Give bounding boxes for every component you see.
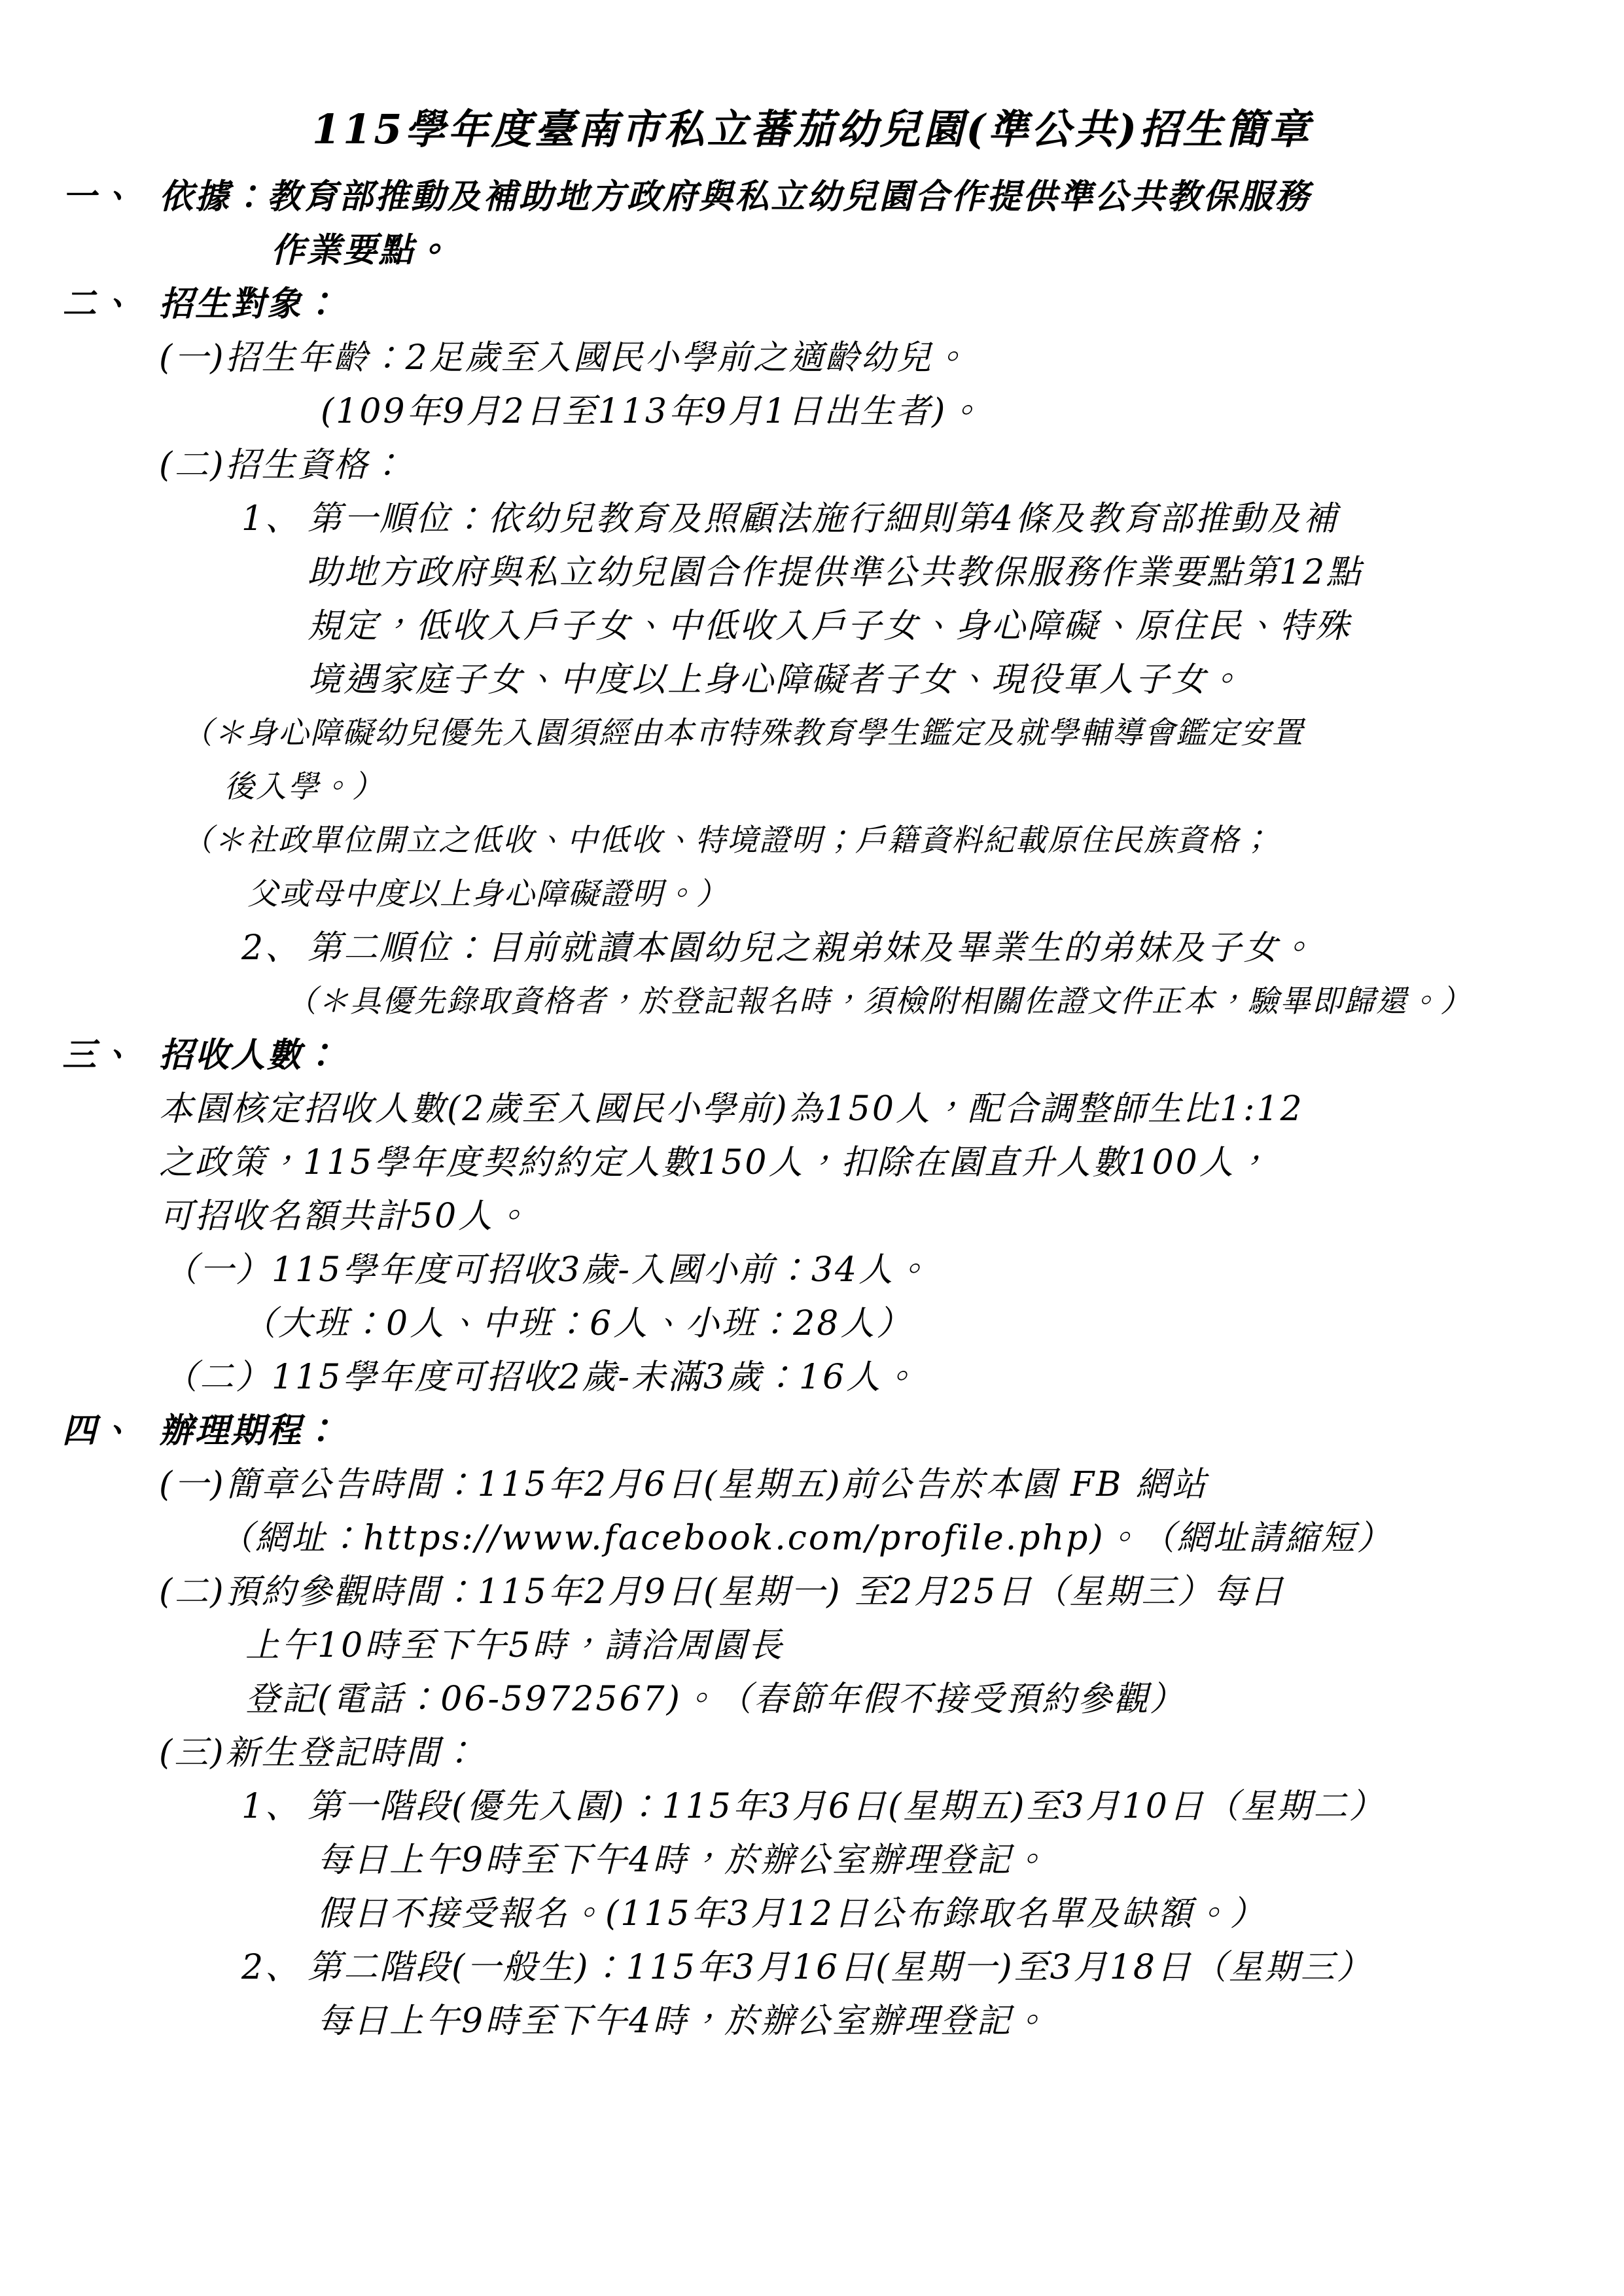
priority-1-line-3: 規定，低收入戶子女、中低收入戶子女、身心障礙、原住民、特殊: [0, 599, 1624, 653]
quota-paragraph-line-3: 可招收名額共計50人。: [0, 1190, 1624, 1243]
admission-qualification-heading: (二)招生資格：: [0, 438, 1624, 492]
registration-stage-2-number: 2、: [241, 1941, 308, 1994]
priority-2-line-1: 2、第二順位：目前就讀本園幼兒之親弟妹及畢業生的弟妹及子女。: [0, 921, 1624, 975]
priority-document-note: （＊具優先錄取資格者，於登記報名時，須檢附相關佐證文件正本，驗畢即歸還。）: [0, 975, 1624, 1029]
section-4-heading: 四、辦理期程：: [0, 1404, 1624, 1458]
priority-2-number: 2、: [241, 921, 308, 975]
quota-paragraph-line-2: 之政策，115學年度契約約定人數150人，扣除在園直升人數100人，: [0, 1136, 1624, 1190]
disability-note-line-1: （＊身心障礙幼兒優先入園須經由本市特殊教育學生鑑定及就學輔導會鑑定安置: [0, 707, 1624, 760]
registration-stage-1-text-1: 第一階段(優先入園)：115年3月6日(星期五)至3月10日（星期二）: [308, 1787, 1385, 1826]
visit-phone-line: 登記(電話：06-5972567)。（春節年假不接受預約參觀）: [0, 1672, 1624, 1726]
section-1-heading-text: 依據：教育部推動及補助地方政府與私立幼兒園合作提供準公共教保服務: [159, 177, 1311, 217]
section-2-number: 二、: [62, 277, 159, 331]
registration-stage-1-line-2: 每日上午9時至下午4時，於辦公室辦理登記。: [0, 1833, 1624, 1887]
registration-stage-1-number: 1、: [241, 1780, 308, 1833]
priority-1-line-2: 助地方政府與私立幼兒園合作提供準公共教保服務作業要點第12點: [0, 546, 1624, 599]
priority-1-number: 1、: [241, 492, 308, 546]
admission-age-birthdates: (109年9月2日至113年9月1日出生者)。: [0, 385, 1624, 438]
section-1-number: 一、: [62, 170, 159, 224]
section-3-heading-text: 招收人數：: [159, 1035, 339, 1075]
quota-item-1: （一）115學年度可招收3歲-入國小前：34人。: [0, 1243, 1624, 1297]
priority-1-line-1: 1、第一順位：依幼兒教育及照顧法施行細則第4條及教育部推動及補: [0, 492, 1624, 546]
registration-stage-1-line-1: 1、第一階段(優先入園)：115年3月6日(星期五)至3月10日（星期二）: [0, 1780, 1624, 1833]
visit-time-line-1: (二)預約參觀時間：115年2月9日(星期一) 至2月25日（星期三）每日: [0, 1565, 1624, 1619]
announcement-url-line: （網址：https://www.facebook.com/profile.php…: [0, 1511, 1624, 1565]
registration-stage-1-line-3: 假日不接受報名。(115年3月12日公布錄取名單及缺額。）: [0, 1887, 1624, 1941]
admission-age-line: (一)招生年齡：2足歲至入國民小學前之適齡幼兒。: [0, 331, 1624, 385]
priority-1-line-4: 境遇家庭子女、中度以上身心障礙者子女、現役軍人子女。: [0, 653, 1624, 707]
section-4-heading-text: 辦理期程：: [159, 1411, 339, 1451]
registration-time-heading: (三)新生登記時間：: [0, 1726, 1624, 1780]
quota-item-2: （二）115學年度可招收2歲-未滿3歲：16人。: [0, 1351, 1624, 1404]
certificate-note-line-1: （＊社政單位開立之低收、中低收、特境證明；戶籍資料紀載原住民族資格；: [0, 814, 1624, 868]
registration-stage-2-line-2: 每日上午9時至下午4時，於辦公室辦理登記。: [0, 1994, 1624, 2048]
visit-time-line-2: 上午10時至下午5時，請洽周園長: [0, 1619, 1624, 1672]
announcement-time-line-1: (一)簡章公告時間：115年2月6日(星期五)前公告於本園 FB 網站: [0, 1458, 1624, 1511]
section-2-heading: 二、招生對象：: [0, 277, 1624, 331]
registration-stage-2-line-1: 2、第二階段(一般生)：115年3月16日(星期一)至3月18日（星期三）: [0, 1941, 1624, 1994]
priority-1-text-1: 第一順位：依幼兒教育及照顧法施行細則第4條及教育部推動及補: [308, 499, 1339, 539]
document-page: 115學年度臺南市私立蕃茄幼兒園(準公共)招生簡章 一、依據：教育部推動及補助地…: [0, 0, 1624, 2296]
section-3-heading: 三、招收人數：: [0, 1029, 1624, 1082]
priority-2-text-1: 第二順位：目前就讀本園幼兒之親弟妹及畢業生的弟妹及子女。: [308, 928, 1315, 968]
quota-item-1-detail: （大班：0人、中班：6人、小班：28人）: [0, 1297, 1624, 1351]
section-3-number: 三、: [62, 1029, 159, 1082]
registration-stage-2-text-1: 第二階段(一般生)：115年3月16日(星期一)至3月18日（星期三）: [308, 1948, 1373, 1987]
section-4-number: 四、: [62, 1404, 159, 1458]
disability-note-line-2: 後入學。）: [0, 760, 1624, 814]
quota-paragraph-line-1: 本園核定招收人數(2歲至入國民小學前)為150人，配合調整師生比1:12: [0, 1082, 1624, 1136]
certificate-note-line-2: 父或母中度以上身心障礙證明。）: [0, 868, 1624, 921]
page-title: 115學年度臺南市私立蕃茄幼兒園(準公共)招生簡章: [0, 98, 1624, 161]
section-2-heading-text: 招生對象：: [159, 284, 339, 324]
section-1-heading: 一、依據：教育部推動及補助地方政府與私立幼兒園合作提供準公共教保服務: [0, 170, 1624, 224]
section-1-continuation: 作業要點。: [0, 224, 1624, 277]
